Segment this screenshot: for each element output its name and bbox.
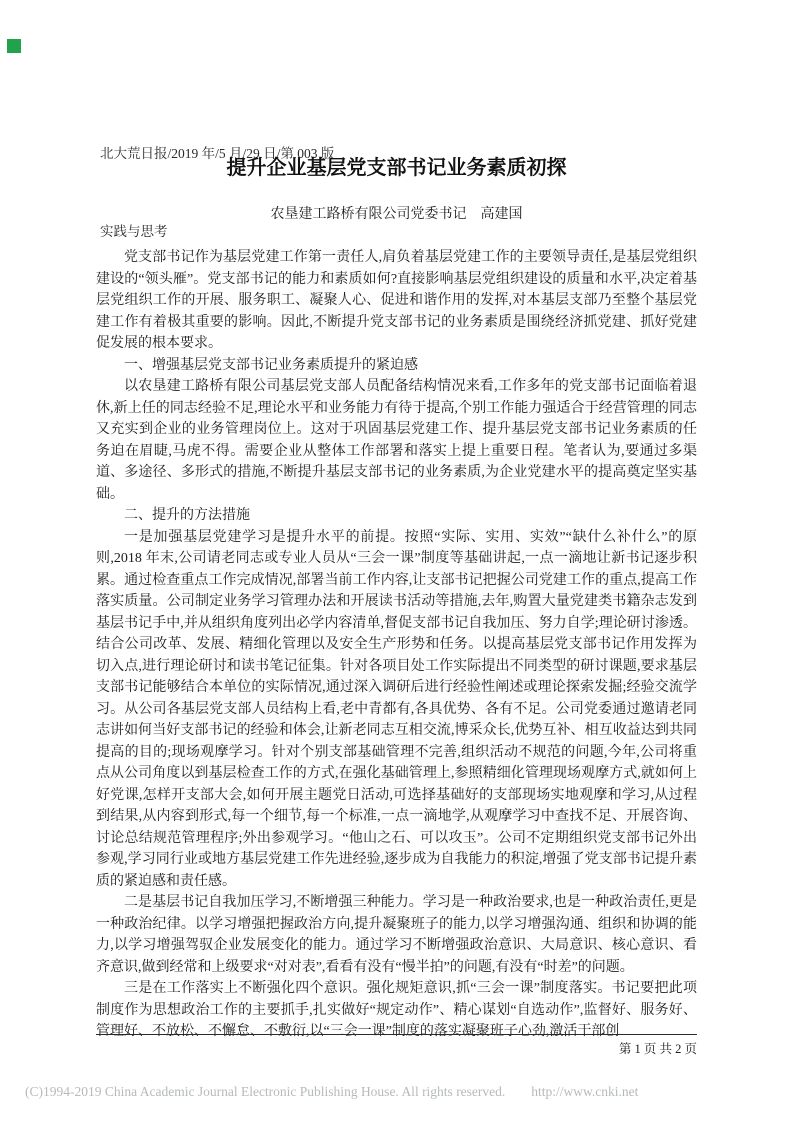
page-number-label: 第 1 页 共 2 页 <box>96 1039 697 1057</box>
article-paragraph: 二是基层书记自我加压学习,不断增强三种能力。学习是一种政治要求,也是一种政治责任… <box>96 892 697 978</box>
article-paragraph: 三是在工作落实上不断强化四个意识。强化规矩意识,抓“三会一课”制度落实。书记要把… <box>96 978 697 1043</box>
article-body: 党支部书记作为基层党建工作第一责任人,肩负着基层党建工作的主要领导责任,是基层党… <box>96 247 697 1043</box>
section-heading: 二、提升的方法措施 <box>96 505 697 527</box>
article-paragraph: 一是加强基层党建学习是提升水平的前提。按照“实际、实用、实效”“缺什么补什么”的… <box>96 527 697 893</box>
article-author: 农垦建工路桥有限公司党委书记 高建国 <box>96 204 697 226</box>
copyright-url: http://www.cnki.net <box>531 1084 638 1100</box>
section-heading: 一、增强基层党支部书记业务素质提升的紧迫感 <box>96 355 697 377</box>
article-paragraph: 以农垦建工路桥有限公司基层党支部人员配备结构情况来看,工作多年的党支部书记面临着… <box>96 376 697 505</box>
footer-rule <box>96 1034 697 1035</box>
article-paragraph: 党支部书记作为基层党建工作第一责任人,肩负着基层党建工作的主要领导责任,是基层党… <box>96 247 697 355</box>
cnki-green-marker-icon <box>7 39 21 53</box>
copyright-bar: (C)1994-2019 China Academic Journal Elec… <box>25 1084 785 1100</box>
copyright-text: (C)1994-2019 China Academic Journal Elec… <box>25 1084 505 1100</box>
article-title: 提升企业基层党支部书记业务素质初探 <box>96 153 697 183</box>
document-page: 北大荒日报/2019 年/5 月/29 日/第 003 版 实践与思考 提升企业… <box>0 0 793 1122</box>
